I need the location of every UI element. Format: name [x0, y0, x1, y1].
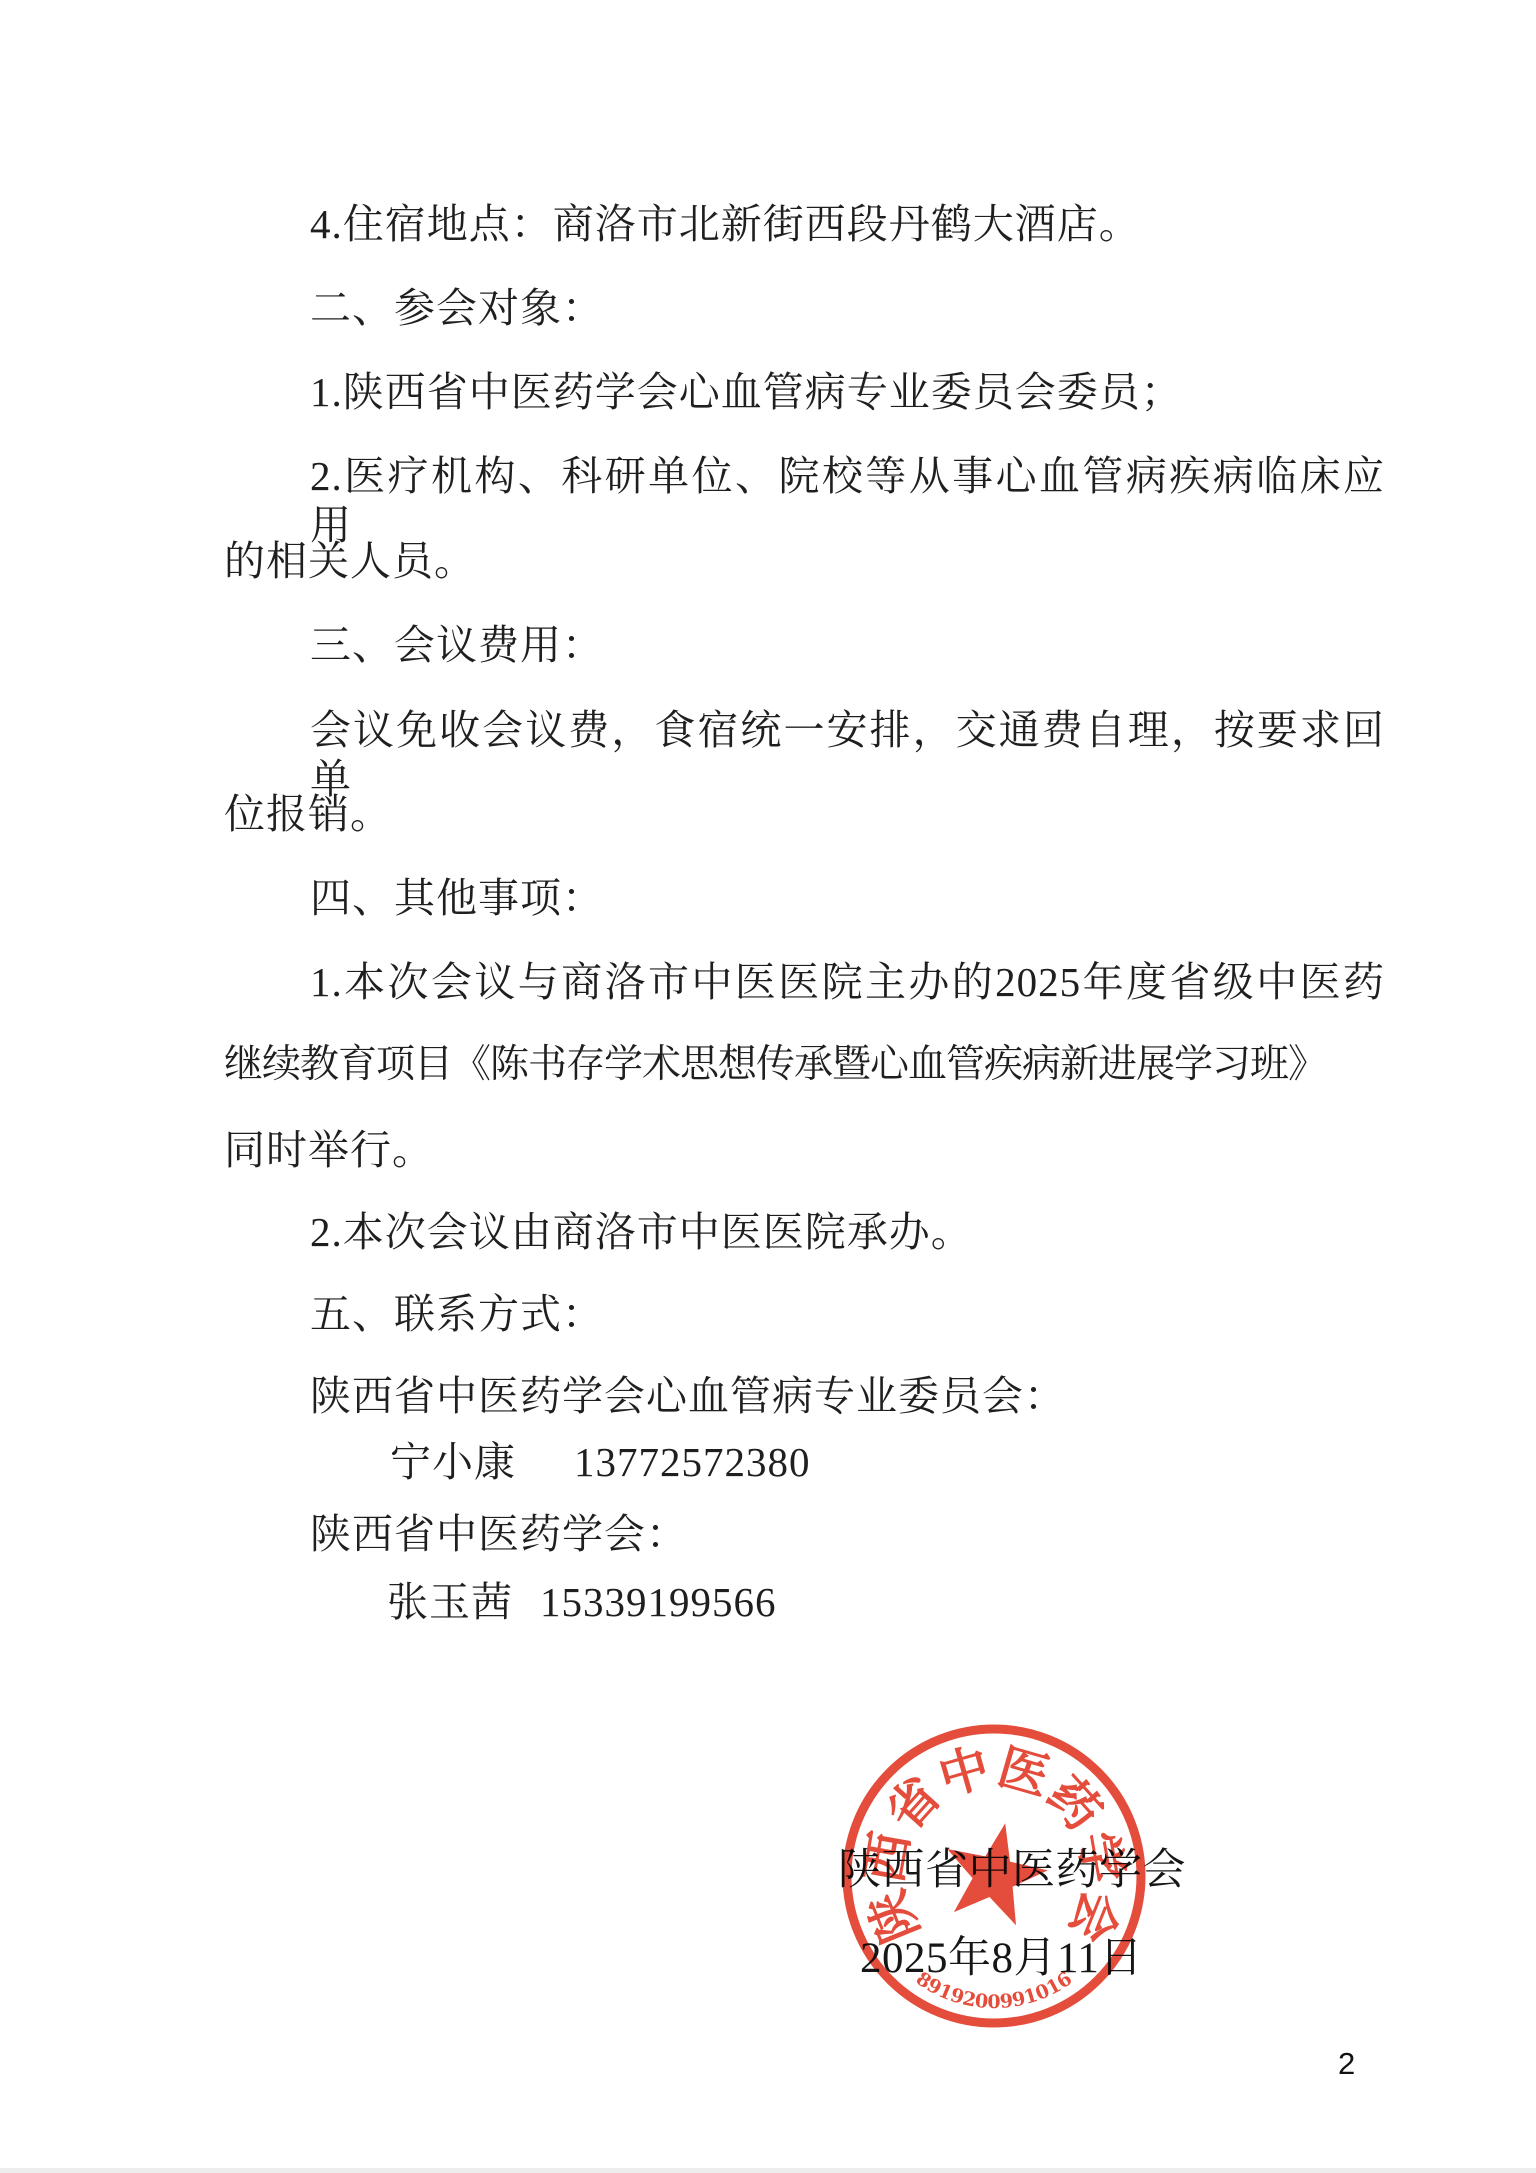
svg-text:西: 西: [856, 1828, 920, 1887]
doc-line-section5-heading: 五、联系方式：: [224, 1290, 1385, 1339]
doc-line-section2-heading: 二、参会对象：: [224, 284, 1385, 333]
official-seal-stamp: 陕西省中医药学会 6101990029198: [838, 1722, 1150, 2034]
document-page: 4.住宿地点：商洛市北新街西段丹鹤大酒店。 二、参会对象： 1.陕西省中医药学会…: [0, 0, 1536, 2173]
contact-phone: 13772572380: [574, 1439, 811, 1485]
doc-line-attendees-2: 2.医疗机构、科研单位、院校等从事心血管病疾病临床应用: [224, 452, 1385, 550]
contact-row: 张玉茜15339199566: [387, 1578, 777, 1627]
svg-text:9: 9: [999, 1990, 1014, 2013]
contact-phone: 15339199566: [540, 1579, 777, 1625]
contact-org-committee: 陕西省中医药学会心血管病专业委员会：: [224, 1372, 1385, 1421]
contact-row: 宁小康13772572380: [390, 1438, 811, 1487]
doc-line-attendees-2-cont: 的相关人员。: [224, 537, 1385, 586]
doc-line-other-1: 1.本次会议与商洛市中医医院主办的2025年度省级中医药: [224, 958, 1385, 1007]
doc-line-fees-cont: 位报销。: [224, 790, 1385, 839]
star-icon: [947, 1823, 1047, 1925]
svg-text:0: 0: [987, 1991, 1000, 2013]
doc-line-other-2: 2.本次会议由商洛市中医医院承办。: [224, 1208, 1385, 1257]
svg-text:陕: 陕: [859, 1883, 930, 1950]
contact-name: 张玉茜: [387, 1579, 513, 1625]
page-number: 2: [1338, 2046, 1355, 2082]
doc-line-other-1-cont: 继续教育项目《陈书存学术思想传承暨心血管疾病新进展学习班》: [224, 1042, 1385, 1089]
svg-text:学: 学: [1068, 1828, 1132, 1887]
doc-line-section4-heading: 四、其他事项：: [224, 874, 1385, 923]
doc-line-accommodation: 4.住宿地点：商洛市北新街西段丹鹤大酒店。: [224, 200, 1385, 249]
svg-text:会: 会: [1059, 1883, 1130, 1950]
doc-line-attendees-1: 1.陕西省中医药学会心血管病专业委员会委员；: [224, 368, 1385, 417]
doc-line-other-1-end: 同时举行。: [224, 1126, 1385, 1175]
contact-org-association: 陕西省中医药学会：: [224, 1510, 1385, 1559]
seal-code: 6101990029198: [912, 1968, 1076, 2013]
scan-edge: [0, 2168, 1536, 2173]
doc-line-section3-heading: 三、会议费用：: [224, 621, 1385, 670]
contact-name: 宁小康: [390, 1439, 516, 1485]
